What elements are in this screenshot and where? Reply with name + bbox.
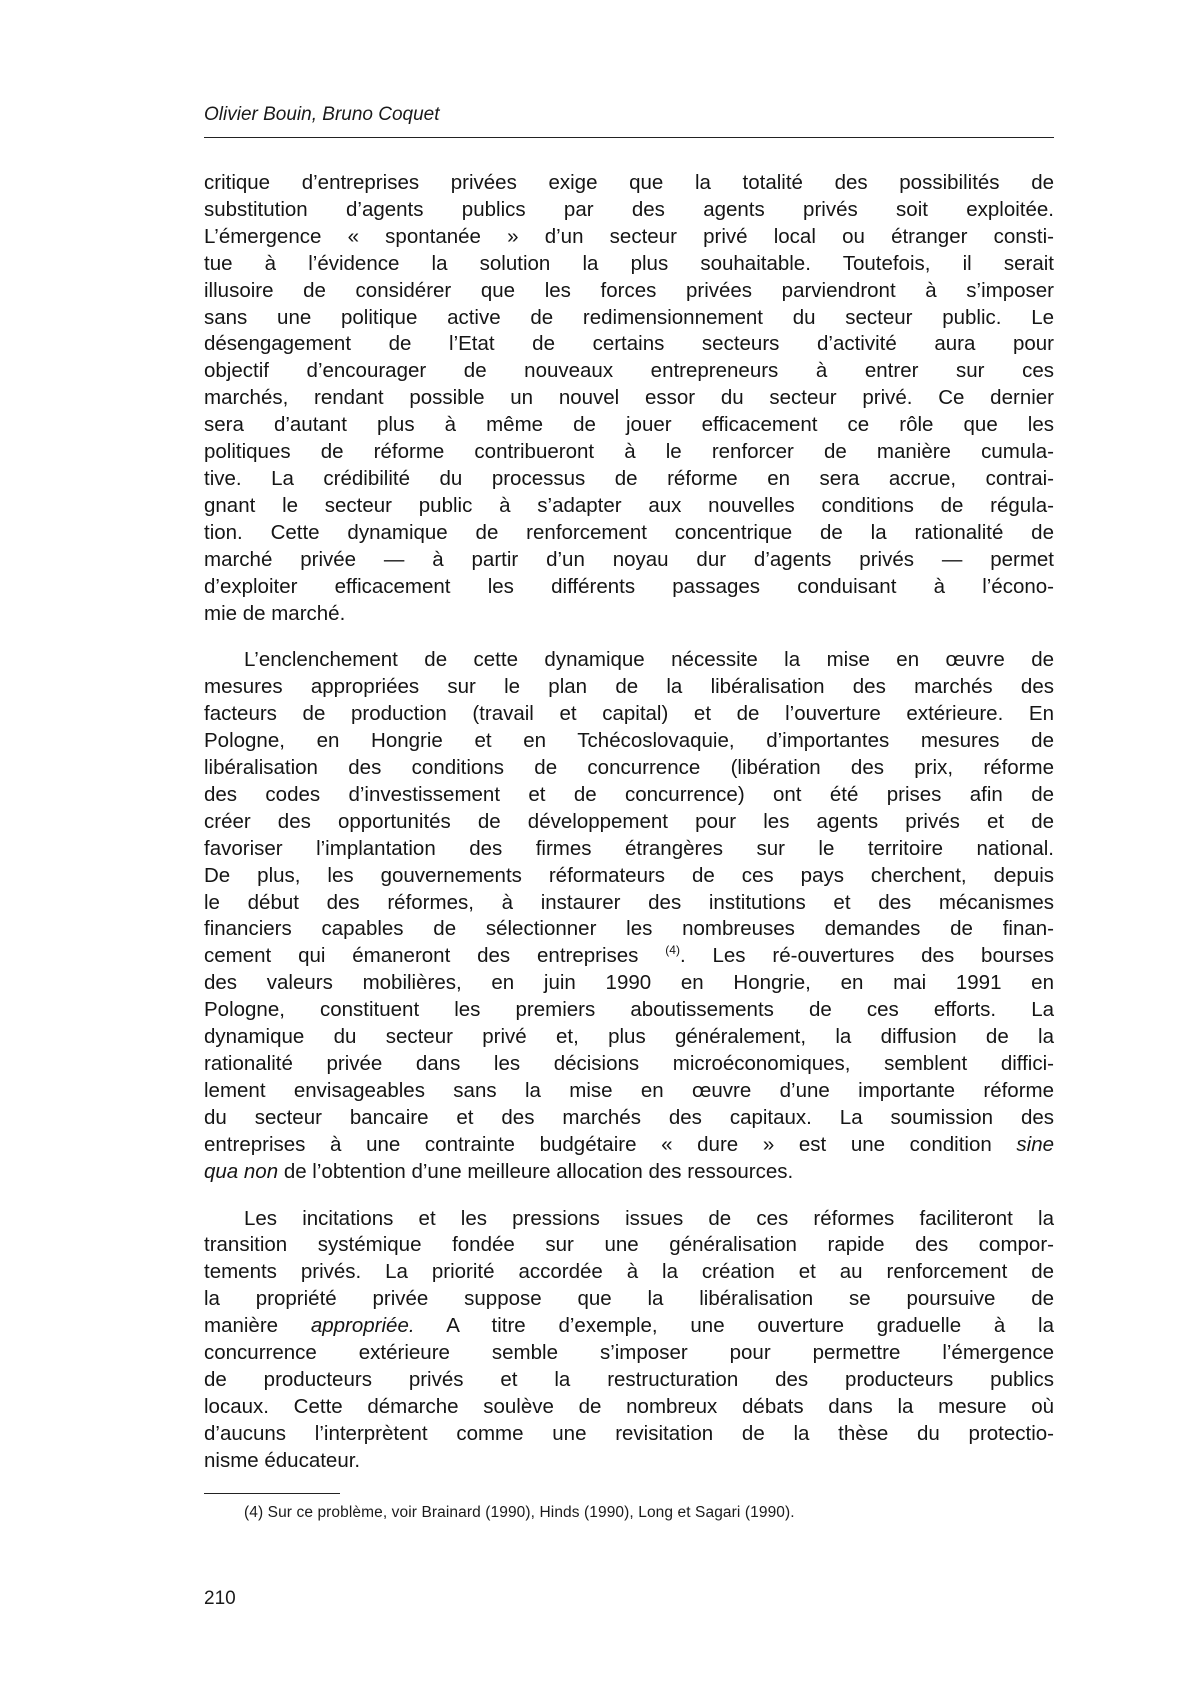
header-rule [204, 137, 1054, 138]
italic-term: sine [1016, 1133, 1054, 1156]
text-line: tements privés. La priorité accordée à l… [204, 1259, 1054, 1286]
text-line: gnant le secteur public à s’adapter aux … [204, 493, 1054, 520]
text-line: Pologne, en Hongrie et en Tchécoslovaqui… [204, 728, 1054, 755]
body-text: critique d’entreprises privées exige que… [204, 170, 1054, 1475]
text-line: substitution d’agents publics par des ag… [204, 197, 1054, 224]
footnote-reference[interactable]: (4) [665, 943, 680, 957]
text-line: marché privée — à partir d’un noyau dur … [204, 547, 1054, 574]
paragraph-3: Les incitations et les pressions issues … [204, 1206, 1054, 1475]
text-line: désengagement de l’Etat de certains sect… [204, 331, 1054, 358]
text-line: transition systémique fondée sur une gén… [204, 1232, 1054, 1259]
text-line: L’enclenchement de cette dynamique néces… [204, 647, 1054, 674]
page-number: 210 [204, 1588, 236, 1610]
text-line: facteurs de production (travail et capit… [204, 701, 1054, 728]
text-segment: cement qui émaneront des entreprises [204, 944, 638, 967]
running-head: Olivier Bouin, Bruno Coquet [204, 104, 440, 126]
text-line: du secteur bancaire et des marchés des c… [204, 1105, 1054, 1132]
text-line: objectif d’encourager de nouveaux entrep… [204, 358, 1054, 385]
text-line: nisme éducateur. [204, 1448, 1054, 1475]
paragraph-1: critique d’entreprises privées exige que… [204, 170, 1054, 627]
italic-term: qua non [204, 1160, 278, 1183]
footnote-rule [204, 1493, 340, 1494]
text-line: lement envisageables sans la mise en œuv… [204, 1078, 1054, 1105]
text-line: favoriser l’implantation des firmes étra… [204, 836, 1054, 863]
text-line: tue à l’évidence la solution la plus sou… [204, 251, 1054, 278]
text-line: cement qui émaneront des entreprises (4)… [204, 943, 1054, 970]
text-line: sera d’autant plus à même de jouer effic… [204, 412, 1054, 439]
text-line: libéralisation des conditions de concurr… [204, 755, 1054, 782]
text-line: le début des réformes, à instaurer des i… [204, 890, 1054, 917]
text-line: marchés, rendant possible un nouvel esso… [204, 385, 1054, 412]
text-line: locaux. Cette démarche soulève de nombre… [204, 1394, 1054, 1421]
text-line: la propriété privée suppose que la libér… [204, 1286, 1054, 1313]
text-segment: . Les ré-ouvertures des bourses [680, 944, 1054, 967]
text-line: entreprises à une contrainte budgétaire … [204, 1132, 1054, 1159]
text-segment: entreprises à une contrainte budgétaire … [204, 1133, 992, 1156]
text-line: rationalité privée dans les décisions mi… [204, 1051, 1054, 1078]
text-line: créer des opportunités de développement … [204, 809, 1054, 836]
text-line: financiers capables de sélectionner les … [204, 916, 1054, 943]
paragraph-2: L’enclenchement de cette dynamique néces… [204, 647, 1054, 1185]
text-line: De plus, les gouvernements réformateurs … [204, 863, 1054, 890]
text-segment: A titre d’exemple, une ouverture graduel… [446, 1314, 1054, 1337]
text-line: dynamique du secteur privé et, plus géné… [204, 1024, 1054, 1051]
text-line: mie de marché. [204, 601, 1054, 628]
text-segment: manière [204, 1314, 278, 1337]
text-line: des codes d’investissement et de concurr… [204, 782, 1054, 809]
text-line: tive. La crédibilité du processus de réf… [204, 466, 1054, 493]
text-line: politiques de réforme contribueront à le… [204, 439, 1054, 466]
text-line: d’exploiter efficacement les différents … [204, 574, 1054, 601]
text-line: sans une politique active de redimension… [204, 305, 1054, 332]
text-line: illusoire de considérer que les forces p… [204, 278, 1054, 305]
text-line: de producteurs privés et la restructurat… [204, 1367, 1054, 1394]
text-line: Pologne, constituent les premiers abouti… [204, 997, 1054, 1024]
text-line: d’aucuns l’interprètent comme une revisi… [204, 1421, 1054, 1448]
text-line: Les incitations et les pressions issues … [204, 1206, 1054, 1233]
text-segment: de l’obtention d’une meilleure allocatio… [284, 1160, 793, 1183]
text-line: L’émergence « spontanée » d’un secteur p… [204, 224, 1054, 251]
text-line: concurrence extérieure semble s’imposer … [204, 1340, 1054, 1367]
text-line: mesures appropriées sur le plan de la li… [204, 674, 1054, 701]
italic-term: appropriée. [311, 1314, 415, 1337]
text-line: qua non de l’obtention d’une meilleure a… [204, 1159, 1054, 1186]
text-line: manière appropriée. A titre d’exemple, u… [204, 1313, 1054, 1340]
text-line: des valeurs mobilières, en juin 1990 en … [204, 970, 1054, 997]
text-line: critique d’entreprises privées exige que… [204, 170, 1054, 197]
text-line: tion. Cette dynamique de renforcement co… [204, 520, 1054, 547]
footnote-4: (4) Sur ce problème, voir Brainard (1990… [244, 1504, 795, 1522]
